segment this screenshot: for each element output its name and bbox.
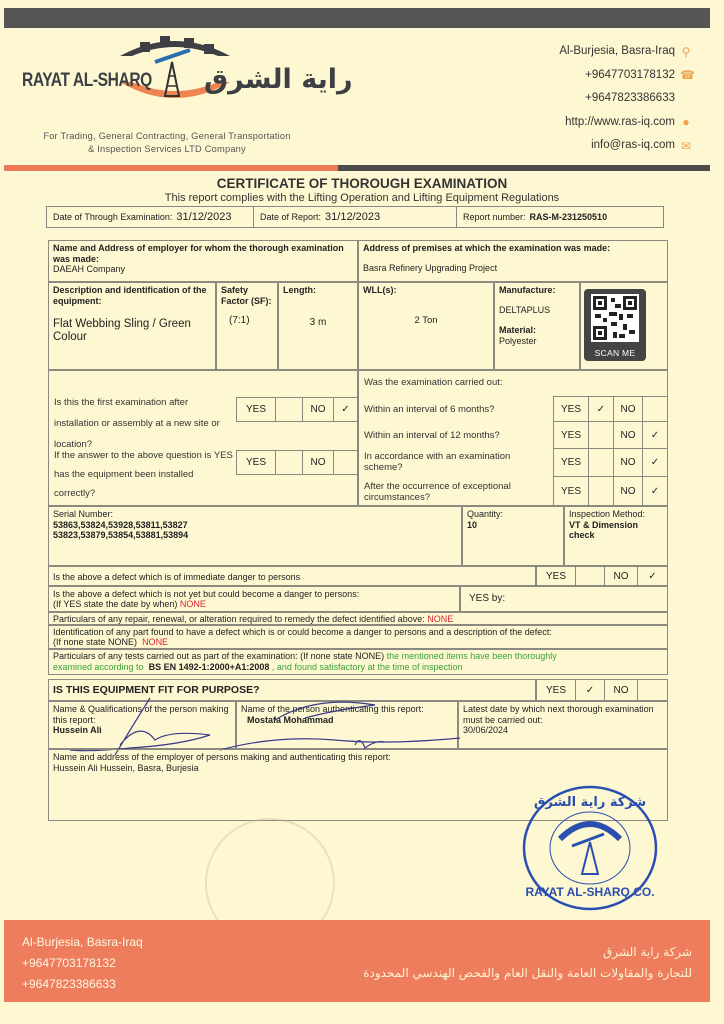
r3-no-checkbox[interactable]: ✓ (642, 448, 668, 477)
interval-heading: Was the examination carried out: (364, 377, 503, 388)
employer-label: Name and Address of employer for whom th… (53, 243, 353, 264)
divider-orange (4, 165, 338, 171)
divider-gray (338, 165, 710, 171)
footer: Al-Burjesia, Basra-Iraq +9647703178132 +… (4, 920, 710, 1002)
length-label: Length: (283, 285, 353, 296)
q2-no-label: NO (302, 450, 334, 475)
serial-number-label: Serial Number: (53, 509, 457, 520)
repair-value: NONE (427, 614, 453, 624)
company-stamp-icon: شركة راية الشرق RAYAT AL-SHARQ CO. (520, 784, 660, 912)
inspection-method-cell: Inspection Method: VT & Dimension check (564, 506, 668, 566)
identification-line-1: Identification of any part found to have… (53, 627, 663, 637)
fit-no-label: NO (604, 679, 638, 701)
immediate-danger-question: Is the above a defect which is of immedi… (48, 566, 536, 586)
q1-yes-checkbox[interactable] (275, 397, 303, 422)
danger-yes-label: YES (536, 566, 576, 586)
premises-label: Address of premises at which the examina… (363, 243, 663, 254)
scan-me-label: SCAN ME (584, 348, 646, 358)
potential-danger-line-2: (If YES state the date by when) (53, 599, 177, 609)
serial-number-line-2: 53823,53879,53854,53881,53894 (53, 530, 457, 541)
report-number-cell: Report number:RAS-M-231250510 (457, 207, 663, 227)
serial-number-line-1: 53863,53824,53928,53811,53827 (53, 520, 457, 531)
report-number-value: RAS-M-231250510 (530, 212, 608, 222)
material-value: Polyester (499, 336, 575, 347)
fit-no-checkbox[interactable] (637, 679, 668, 701)
wll-cell: WLL(s): 2 Ton (358, 282, 494, 370)
footer-arabic-line-1: شركة راية الشرق (363, 942, 692, 963)
safety-factor-cell: Safety Factor (SF): (7:1) (216, 282, 278, 370)
certificate-title: CERTIFICATE OF THOROUGH EXAMINATION (0, 176, 724, 191)
material-label: Material: (499, 325, 575, 336)
qr-code-icon (591, 294, 639, 342)
report-dates-row: Date of Through Examination:31/12/2023 D… (46, 206, 664, 228)
location-pin-icon: ⚲ (680, 46, 692, 58)
svg-text:RAYAT AL-SHARQ CO.: RAYAT AL-SHARQ CO. (525, 885, 654, 899)
r1-yes-checkbox[interactable]: ✓ (588, 396, 614, 422)
footer-arabic-line-2: للتجارة والمقاولات العامة والنقل العام و… (363, 963, 692, 984)
repair-label: Particulars of any repair, renewal, or a… (53, 614, 425, 624)
fit-yes-checkbox[interactable]: ✓ (575, 679, 605, 701)
inspection-method-value: VT & Dimension check (569, 520, 663, 541)
email-link[interactable]: info@ras-iq.com (591, 134, 675, 158)
premises-cell: Address of premises at which the examina… (358, 240, 668, 282)
report-number-label: Report number: (463, 212, 526, 222)
company-tagline: For Trading, General Contracting, Genera… (22, 130, 312, 156)
next-exam-label: Latest date by which next thorough exami… (463, 704, 663, 725)
exam-date-value: 31/12/2023 (176, 211, 231, 223)
identification-line-2: (If none state NONE) (53, 637, 137, 647)
r3-yes-checkbox[interactable] (588, 448, 614, 477)
q2-yes-label: YES (236, 450, 276, 475)
persons-employer-value: Hussein Ali Hussein, Basra, Burjesia (53, 763, 663, 774)
question-12-months: Within an interval of 12 months? (364, 430, 544, 441)
manufacture-cell: Manufacture: DELTAPLUS Material: Polyest… (494, 282, 580, 370)
danger-no-label: NO (604, 566, 638, 586)
yes-by-cell: YES by: (460, 586, 668, 612)
q2-no-checkbox[interactable] (333, 450, 358, 475)
question-exceptional: After the occurrence of exceptional circ… (364, 481, 544, 503)
report-date-value: 31/12/2023 (325, 211, 380, 223)
footer-contact: Al-Burjesia, Basra-Iraq +9647703178132 +… (22, 932, 143, 995)
manufacture-label: Manufacture: (499, 285, 575, 296)
exam-date-label: Date of Through Examination: (53, 212, 172, 222)
tagline-line-2: & Inspection Services LTD Company (22, 143, 312, 156)
top-bar (4, 8, 710, 28)
next-exam-date: 30/06/2024 (463, 725, 663, 736)
length-value: 3 m (283, 318, 353, 329)
persons-employer-label: Name and address of the employer of pers… (53, 752, 663, 763)
contact-website: http://www.ras-iq.com● (559, 111, 692, 135)
q1-no-checkbox[interactable]: ✓ (333, 397, 358, 422)
safety-factor-label: Safety Factor (SF): (221, 285, 273, 306)
danger-no-checkbox[interactable]: ✓ (637, 566, 668, 586)
contact-phone-1-text: +9647703178132 (585, 64, 675, 88)
fit-yes-label: YES (536, 679, 576, 701)
phone-icon: ☎ (680, 69, 692, 81)
footer-arabic: شركة راية الشرق للتجارة والمقاولات العام… (363, 942, 692, 984)
repair-cell: Particulars of any repair, renewal, or a… (48, 612, 668, 625)
r2-no-checkbox[interactable]: ✓ (642, 421, 668, 449)
tests-result-line-2: examined according to (53, 662, 144, 672)
r4-yes-checkbox[interactable] (588, 476, 614, 506)
brand-name-en: RAYAT AL-SHARQ (22, 70, 152, 92)
brand-name-ar: راية الشرق (204, 64, 353, 95)
exam-date-cell: Date of Through Examination:31/12/2023 (47, 207, 254, 227)
potential-danger-cell: Is the above a defect which is not yet b… (48, 586, 460, 612)
quantity-value: 10 (467, 520, 559, 531)
equipment-description-cell: Description and identification of the eq… (48, 282, 216, 370)
r2-yes-checkbox[interactable] (588, 421, 614, 449)
contact-address-text: Al-Burjesia, Basra-Iraq (559, 40, 675, 64)
contact-block: Al-Burjesia, Basra-Iraq⚲ +9647703178132☎… (559, 40, 692, 158)
r4-no-label: NO (613, 476, 643, 506)
qr-code[interactable]: SCAN ME (584, 289, 646, 361)
quantity-cell: Quantity: 10 (462, 506, 564, 566)
r4-no-checkbox[interactable]: ✓ (642, 476, 668, 506)
r1-no-label: NO (613, 396, 643, 422)
q1-no-label: NO (302, 397, 334, 422)
contact-phone-2-text: +9647823386633 (585, 87, 675, 111)
envelope-icon: ✉ (680, 140, 692, 152)
length-cell: Length: 3 m (278, 282, 358, 370)
tests-result-line-1: the mentioned items have been thoroughly (387, 651, 557, 661)
identification-cell: Identification of any part found to have… (48, 625, 668, 649)
wll-label: WLL(s): (363, 285, 489, 296)
inspection-method-label: Inspection Method: (569, 509, 663, 520)
next-exam-cell: Latest date by which next thorough exami… (458, 701, 668, 749)
question-exam-scheme: In accordance with an examination scheme… (364, 451, 544, 473)
contact-phone-2: +9647823386633. (559, 87, 692, 111)
quantity-label: Quantity: (467, 509, 559, 520)
contact-address: Al-Burjesia, Basra-Iraq⚲ (559, 40, 692, 64)
svg-text:شركة راية الشرق: شركة راية الشرق (534, 795, 646, 810)
identification-value: NONE (142, 637, 168, 647)
potential-danger-value: NONE (180, 599, 206, 609)
tests-standard: BS EN 1492-1:2000+A1:2008 (149, 662, 270, 672)
danger-yes-checkbox[interactable] (575, 566, 605, 586)
r2-no-label: NO (613, 421, 643, 449)
footer-phone-2: +9647823386633 (22, 974, 143, 995)
manufacture-value: DELTAPLUS (499, 305, 575, 316)
r2-yes-label: YES (553, 421, 589, 449)
tests-cell: Particulars of any tests carried out as … (48, 649, 668, 675)
report-date-label: Date of Report: (260, 212, 321, 222)
equipment-description-value: Flat Webbing Sling / Green Colour (53, 318, 211, 344)
wll-value: 2 Ton (363, 316, 489, 327)
r4-yes-label: YES (553, 476, 589, 506)
q1-yes-label: YES (236, 397, 276, 422)
tagline-line-1: For Trading, General Contracting, Genera… (22, 130, 312, 143)
report-date-cell: Date of Report:31/12/2023 (254, 207, 457, 227)
r1-yes-label: YES (553, 396, 589, 422)
employer-cell: Name and Address of employer for whom th… (48, 240, 358, 282)
serial-number-cell: Serial Number: 53863,53824,53928,53811,5… (48, 506, 462, 566)
tests-result-line-3: , and found satisfactory at the time of … (272, 662, 463, 672)
r1-no-checkbox[interactable] (642, 396, 668, 422)
contact-email: info@ras-iq.com✉ (559, 134, 692, 158)
certificate-subtitle: This report complies with the Lifting Op… (0, 192, 724, 204)
q2-yes-checkbox[interactable] (275, 450, 303, 475)
r3-no-label: NO (613, 448, 643, 477)
tests-label: Particulars of any tests carried out as … (53, 651, 384, 661)
footer-phone-1: +9647703178132 (22, 953, 143, 974)
employer-value: DAEAH Company (53, 264, 353, 275)
potential-danger-line-1: Is the above a defect which is not yet b… (53, 589, 455, 599)
contact-phone-1: +9647703178132☎ (559, 64, 692, 88)
premises-value: Basra Refinery Upgrading Project (363, 263, 663, 274)
safety-factor-value: (7:1) (221, 316, 273, 327)
question-installed-correctly: If the answer to the above question is Y… (54, 446, 234, 503)
r3-yes-label: YES (553, 448, 589, 477)
website-link[interactable]: http://www.ras-iq.com (565, 111, 675, 135)
question-6-months: Within an interval of 6 months? (364, 404, 544, 415)
footer-address: Al-Burjesia, Basra-Iraq (22, 932, 143, 953)
globe-icon: ● (680, 116, 692, 128)
equipment-description-label: Description and identification of the eq… (53, 285, 211, 306)
